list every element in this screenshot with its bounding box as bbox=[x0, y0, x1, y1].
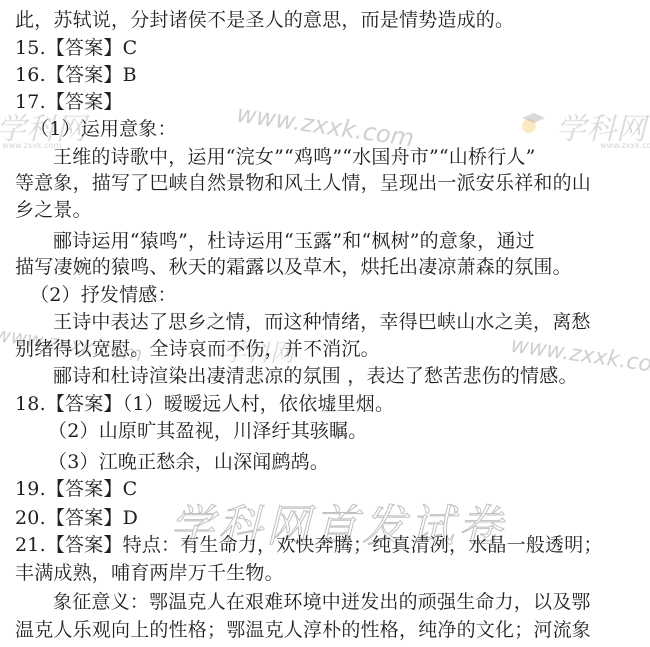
answer-20: 20.【答案】D bbox=[15, 506, 138, 530]
answer-18-part3: （3）江晚正愁余，山深闻鹧鸪。 bbox=[48, 450, 329, 474]
answer-15: 15.【答案】C bbox=[15, 36, 137, 60]
text-line: 等意象，描写了巴峡自然景物和风土人情，呈现出一派安乐祥和的山 bbox=[15, 171, 591, 195]
text-line: 别绪得以宽慰。全诗哀而不伤，并不消沉。 bbox=[15, 337, 380, 361]
text-line: 王诗中表达了思乡之情，而这种情绪，幸得巴峡山水之美，离愁 bbox=[53, 310, 591, 334]
answer-19: 19.【答案】C bbox=[15, 477, 137, 501]
answer-16: 16.【答案】B bbox=[15, 63, 137, 87]
text-line: 丰满成熟，哺育两岸万千生物。 bbox=[15, 561, 284, 585]
document-page: 学科网 www.zxxk.com www.zxxk.com 学科网 www.zx… bbox=[0, 0, 650, 647]
answer-18: 18.【答案】（1）暧暧远人村，依依墟里烟。 bbox=[15, 392, 394, 416]
text-line: 郦诗运用“猿鸣”，杜诗运用“玉露”和“枫树”的意象，通过 bbox=[53, 229, 535, 253]
section-heading-imagery: （1）运用意象： bbox=[30, 117, 177, 141]
answer-18-part2: （2）山原旷其盈视，川泽纡其骇瞩。 bbox=[48, 419, 368, 443]
watermark-small-url-right: www.zxxk.com bbox=[600, 141, 650, 150]
text-line: 乡之景。 bbox=[15, 198, 92, 222]
text-line: 王维的诗歌中，运用“浣女”“鸡鸣”“水国舟市”“山桥行人” bbox=[53, 145, 536, 169]
answer-21: 21.【答案】特点：有生命力，欢快奔腾；纯真清冽，水晶一般透明； bbox=[15, 533, 603, 557]
text-line: 描写凄婉的猿鸣、秋天的霜露以及草木，烘托出凄凉萧森的氛围。 bbox=[15, 255, 572, 279]
text-line: 此，苏轼说，分封诸侯不是圣人的意思，而是情势造成的。 bbox=[15, 8, 514, 32]
text-line: 郦诗和杜诗渲染出凄清悲凉的氛围 ，表达了愁苦悲伤的情感。 bbox=[53, 364, 578, 388]
graduation-cap-icon bbox=[520, 112, 546, 132]
text-line: 温克人乐观向上的性格；鄂温克人淳朴的性格，纯净的文化；河流象 bbox=[15, 618, 591, 642]
watermark-logo-right: 学科网 bbox=[556, 104, 646, 148]
answer-17-heading: 17.【答案】 bbox=[15, 90, 123, 114]
section-heading-emotion: （2）抒发情感： bbox=[30, 283, 177, 307]
text-line: 象征意义：鄂温克人在艰难环境中迸发出的顽强生命力，以及鄂 bbox=[53, 590, 591, 614]
